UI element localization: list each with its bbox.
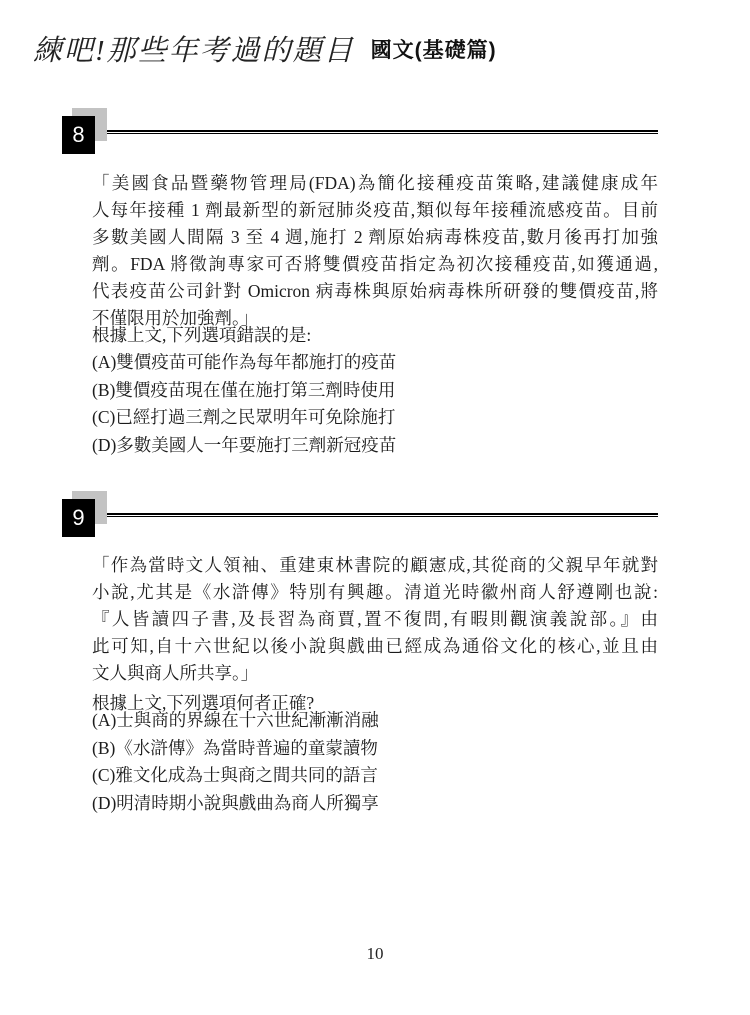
option-d-label: (D) [92, 793, 116, 813]
passage-line: 文人與商人所共享。」 [92, 660, 658, 687]
option-d-text: 多數美國人一年要施打三劑新冠疫苗 [116, 435, 396, 455]
question-9-number: 9 [72, 505, 84, 531]
option-a: (A)雙價疫苗可能作為每年都施打的疫苗 [92, 349, 658, 377]
question-8-passage: 「美國食品暨藥物管理局(FDA)為簡化接種疫苗策略,建議健康成年 人每年接種 1… [92, 170, 658, 332]
option-d: (D)明清時期小說與戲曲為商人所獨享 [92, 790, 658, 818]
option-b-label: (B) [92, 738, 115, 758]
passage-line: 此可知,自十六世紀以後小說與戲曲已經成為通俗文化的核心,並且由 [92, 633, 658, 660]
option-a-text: 雙價疫苗可能作為每年都施打的疫苗 [116, 352, 396, 372]
passage-line: 劑。FDA 將徵詢專家可否將雙價疫苗指定為初次接種疫苗,如獲通過, [92, 251, 658, 278]
subject-title: 國文(基礎篇) [371, 34, 497, 64]
option-c-label: (C) [92, 407, 115, 427]
question-8-number-box: 8 [62, 116, 95, 154]
passage-line: 人每年接種 1 劑最新型的新冠肺炎疫苗,類似每年接種流感疫苗。目前 [92, 197, 658, 224]
passage-line: 『人皆讀四子書,及長習為商賈,置不復問,有暇則觀演義說部。』由 [92, 606, 658, 633]
option-c: (C)已經打過三劑之民眾明年可免除施打 [92, 404, 658, 432]
question-8-options: (A)雙價疫苗可能作為每年都施打的疫苗 (B)雙價疫苗現在僅在施打第三劑時使用 … [92, 349, 658, 459]
option-c-text: 已經打過三劑之民眾明年可免除施打 [115, 407, 395, 427]
option-a-label: (A) [92, 710, 116, 730]
passage-line: 多數美國人間隔 3 至 4 週,施打 2 劑原始病毒株疫苗,數月後再打加強 [92, 224, 658, 251]
passage-line: 「作為當時文人領袖、重建東林書院的顧憲成,其從商的父親早年就對 [92, 552, 658, 579]
option-a: (A)士與商的界線在十六世紀漸漸消融 [92, 707, 658, 735]
question-8-rule-line [95, 130, 658, 134]
option-b-text: 《水滸傳》為當時普遍的童蒙讀物 [115, 738, 378, 758]
option-a-text: 士與商的界線在十六世紀漸漸消融 [116, 710, 379, 730]
question-9-number-box: 9 [62, 499, 95, 537]
option-d: (D)多數美國人一年要施打三劑新冠疫苗 [92, 432, 658, 460]
option-d-text: 明清時期小說與戲曲為商人所獨享 [116, 793, 379, 813]
option-b-text: 雙價疫苗現在僅在施打第三劑時使用 [115, 380, 395, 400]
question-8-prompt: 根據上文,下列選項錯誤的是: [92, 322, 658, 349]
option-b: (B)雙價疫苗現在僅在施打第三劑時使用 [92, 377, 658, 405]
passage-line: 代表疫苗公司針對 Omicron 病毒株與原始病毒株所研發的雙價疫苗,將 [92, 278, 658, 305]
option-d-label: (D) [92, 435, 116, 455]
passage-line: 小說,尤其是《水滸傳》特別有興趣。清道光時徽州商人舒遵剛也說: [92, 579, 658, 606]
question-9-rule-line [95, 513, 658, 517]
handwritten-book-title: 練吧!那些年考過的題目 [33, 28, 355, 69]
question-8-number: 8 [72, 122, 84, 148]
question-9-passage: 「作為當時文人領袖、重建東林書院的顧憲成,其從商的父親早年就對 小說,尤其是《水… [92, 552, 658, 687]
option-c-text: 雅文化成為士與商之間共同的語言 [115, 765, 378, 785]
option-a-label: (A) [92, 352, 116, 372]
option-c-label: (C) [92, 765, 115, 785]
option-b: (B)《水滸傳》為當時普遍的童蒙讀物 [92, 735, 658, 763]
option-c: (C)雅文化成為士與商之間共同的語言 [92, 762, 658, 790]
page-number: 10 [0, 944, 750, 964]
book-title-header: 練吧!那些年考過的題目 國文(基礎篇) [33, 28, 497, 69]
passage-line: 「美國食品暨藥物管理局(FDA)為簡化接種疫苗策略,建議健康成年 [92, 170, 658, 197]
option-b-label: (B) [92, 380, 115, 400]
question-9-options: (A)士與商的界線在十六世紀漸漸消融 (B)《水滸傳》為當時普遍的童蒙讀物 (C… [92, 707, 658, 817]
workbook-page: 練吧!那些年考過的題目 國文(基礎篇) 8 「美國食品暨藥物管理局(FDA)為簡… [0, 0, 750, 1015]
